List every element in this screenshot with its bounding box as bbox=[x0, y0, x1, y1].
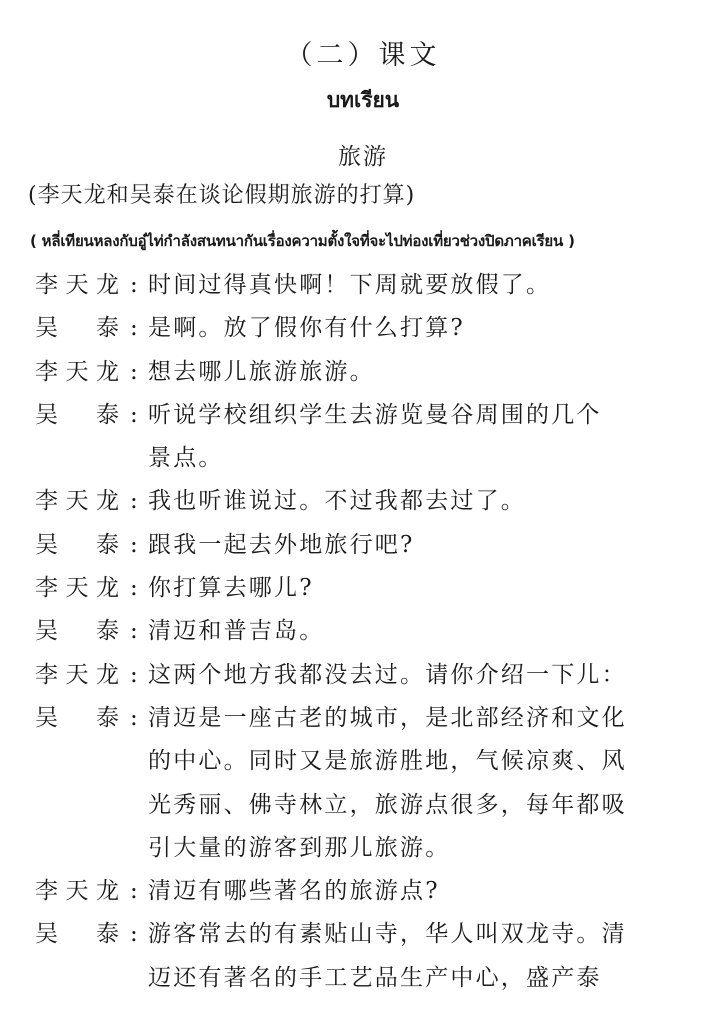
dialogue-turn: 吴 泰: 跟我一起去外地旅行吧? bbox=[35, 524, 675, 567]
dialogue-line: 跟我一起去外地旅行吧? bbox=[148, 524, 675, 567]
speaker-colon: : bbox=[130, 697, 142, 740]
speaker-colon: : bbox=[130, 567, 142, 610]
scene-note: (李天龙和吴泰在谈论假期旅游的打算) bbox=[28, 178, 415, 209]
dialogue-line: 引大量的游客到那儿旅游。 bbox=[148, 827, 675, 870]
dialogue-line: 我也听谁说过。不过我都去过了。 bbox=[148, 480, 675, 523]
dialogue-line: 想去哪儿旅游旅游。 bbox=[148, 351, 675, 394]
dialogue-turn: 吴 泰: 清迈和普吉岛。 bbox=[35, 610, 675, 653]
lesson-title: 旅游 bbox=[0, 138, 706, 171]
speaker-colon: : bbox=[130, 394, 142, 437]
dialogue-line: 景点。 bbox=[148, 437, 675, 480]
speaker-label: 李天龙: bbox=[35, 351, 148, 394]
dialogue-turn: 李天龙: 清迈有哪些著名的旅游点? bbox=[35, 870, 675, 913]
speaker-name: 李天龙 bbox=[35, 567, 121, 610]
speaker-colon: : bbox=[130, 307, 142, 350]
speaker-label: 吴 泰: bbox=[35, 307, 148, 350]
speaker-label: 吴 泰: bbox=[35, 697, 148, 740]
speaker-label: 吴 泰: bbox=[35, 913, 148, 956]
speaker-label: 吴 泰: bbox=[35, 610, 148, 653]
speaker-name: 李天龙 bbox=[35, 870, 121, 913]
speaker-name: 李天龙 bbox=[35, 654, 121, 697]
speaker-colon: : bbox=[130, 913, 142, 956]
speaker-colon: : bbox=[130, 524, 142, 567]
dialogue-line: 是啊。放了假你有什么打算? bbox=[148, 307, 675, 350]
textbook-page: （二）课文 บทเรียน 旅游 (李天龙和吴泰在谈论假期旅游的打算) ( หล… bbox=[0, 0, 706, 1024]
dialogue: 李天龙: 时间过得真快啊！下周就要放假了。 吴 泰: 是啊。放了假你有什么打算?… bbox=[35, 264, 675, 1000]
speaker-colon: : bbox=[130, 264, 142, 307]
dialogue-line: 光秀丽、佛寺林立，旅游点很多，每年都吸 bbox=[148, 784, 675, 827]
dialogue-line: 你打算去哪儿? bbox=[148, 567, 675, 610]
speaker-colon: : bbox=[130, 610, 142, 653]
speaker-name: 李天龙 bbox=[35, 480, 121, 523]
speaker-label: 吴 泰: bbox=[35, 394, 148, 437]
speaker-name: 吴 泰 bbox=[35, 610, 121, 653]
dialogue-line: 这两个地方我都没去过。请你介绍一下儿： bbox=[148, 654, 675, 697]
dialogue-turn: 李天龙: 你打算去哪儿? bbox=[35, 567, 675, 610]
dialogue-turn: 李天龙: 想去哪儿旅游旅游。 bbox=[35, 351, 675, 394]
dialogue-turn: 吴 泰: 清迈是一座古老的城市，是北部经济和文化 的中心。同时又是旅游胜地，气候… bbox=[35, 697, 675, 870]
speaker-name: 李天龙 bbox=[35, 351, 121, 394]
speaker-name: 吴 泰 bbox=[35, 697, 121, 740]
dialogue-turn: 李天龙: 我也听谁说过。不过我都去过了。 bbox=[35, 480, 675, 523]
section-title: （二）课文 bbox=[0, 33, 706, 72]
speaker-colon: : bbox=[130, 870, 142, 913]
dialogue-turn: 李天龙: 时间过得真快啊！下周就要放假了。 bbox=[35, 264, 675, 307]
dialogue-line: 听说学校组织学生去游览曼谷周围的几个 bbox=[148, 394, 675, 437]
speaker-label: 李天龙: bbox=[35, 870, 148, 913]
speaker-name: 吴 泰 bbox=[35, 913, 121, 956]
speaker-name: 李天龙 bbox=[35, 264, 121, 307]
speaker-label: 李天龙: bbox=[35, 654, 148, 697]
dialogue-line: 迈还有著名的手工艺品生产中心，盛产泰 bbox=[148, 957, 675, 1000]
speaker-label: 吴 泰: bbox=[35, 524, 148, 567]
speaker-colon: : bbox=[130, 351, 142, 394]
speaker-name: 吴 泰 bbox=[35, 307, 121, 350]
dialogue-line: 游客常去的有素贴山寺，华人叫双龙寺。清 bbox=[148, 913, 675, 956]
speaker-colon: : bbox=[130, 654, 142, 697]
dialogue-line: 时间过得真快啊！下周就要放假了。 bbox=[148, 264, 675, 307]
dialogue-turn: 吴 泰: 游客常去的有素贴山寺，华人叫双龙寺。清 迈还有著名的手工艺品生产中心，… bbox=[35, 913, 675, 1000]
speaker-name: 吴 泰 bbox=[35, 394, 121, 437]
speaker-name: 吴 泰 bbox=[35, 524, 121, 567]
scene-note-thai: ( หลี่เทียนหลงกับอู๋ไท่กำลังสนทนากันเรื่… bbox=[30, 229, 575, 253]
speaker-label: 李天龙: bbox=[35, 480, 148, 523]
speaker-label: 李天龙: bbox=[35, 567, 148, 610]
speaker-colon: : bbox=[130, 480, 142, 523]
dialogue-turn: 吴 泰: 听说学校组织学生去游览曼谷周围的几个 景点。 bbox=[35, 394, 675, 481]
section-subtitle-thai: บทเรียน bbox=[0, 84, 706, 117]
dialogue-turn: 李天龙: 这两个地方我都没去过。请你介绍一下儿： bbox=[35, 654, 675, 697]
dialogue-line: 清迈和普吉岛。 bbox=[148, 610, 675, 653]
dialogue-turn: 吴 泰: 是啊。放了假你有什么打算? bbox=[35, 307, 675, 350]
dialogue-line: 清迈是一座古老的城市，是北部经济和文化 bbox=[148, 697, 675, 740]
speaker-label: 李天龙: bbox=[35, 264, 148, 307]
dialogue-line: 的中心。同时又是旅游胜地，气候凉爽、风 bbox=[148, 740, 675, 783]
dialogue-line: 清迈有哪些著名的旅游点? bbox=[148, 870, 675, 913]
